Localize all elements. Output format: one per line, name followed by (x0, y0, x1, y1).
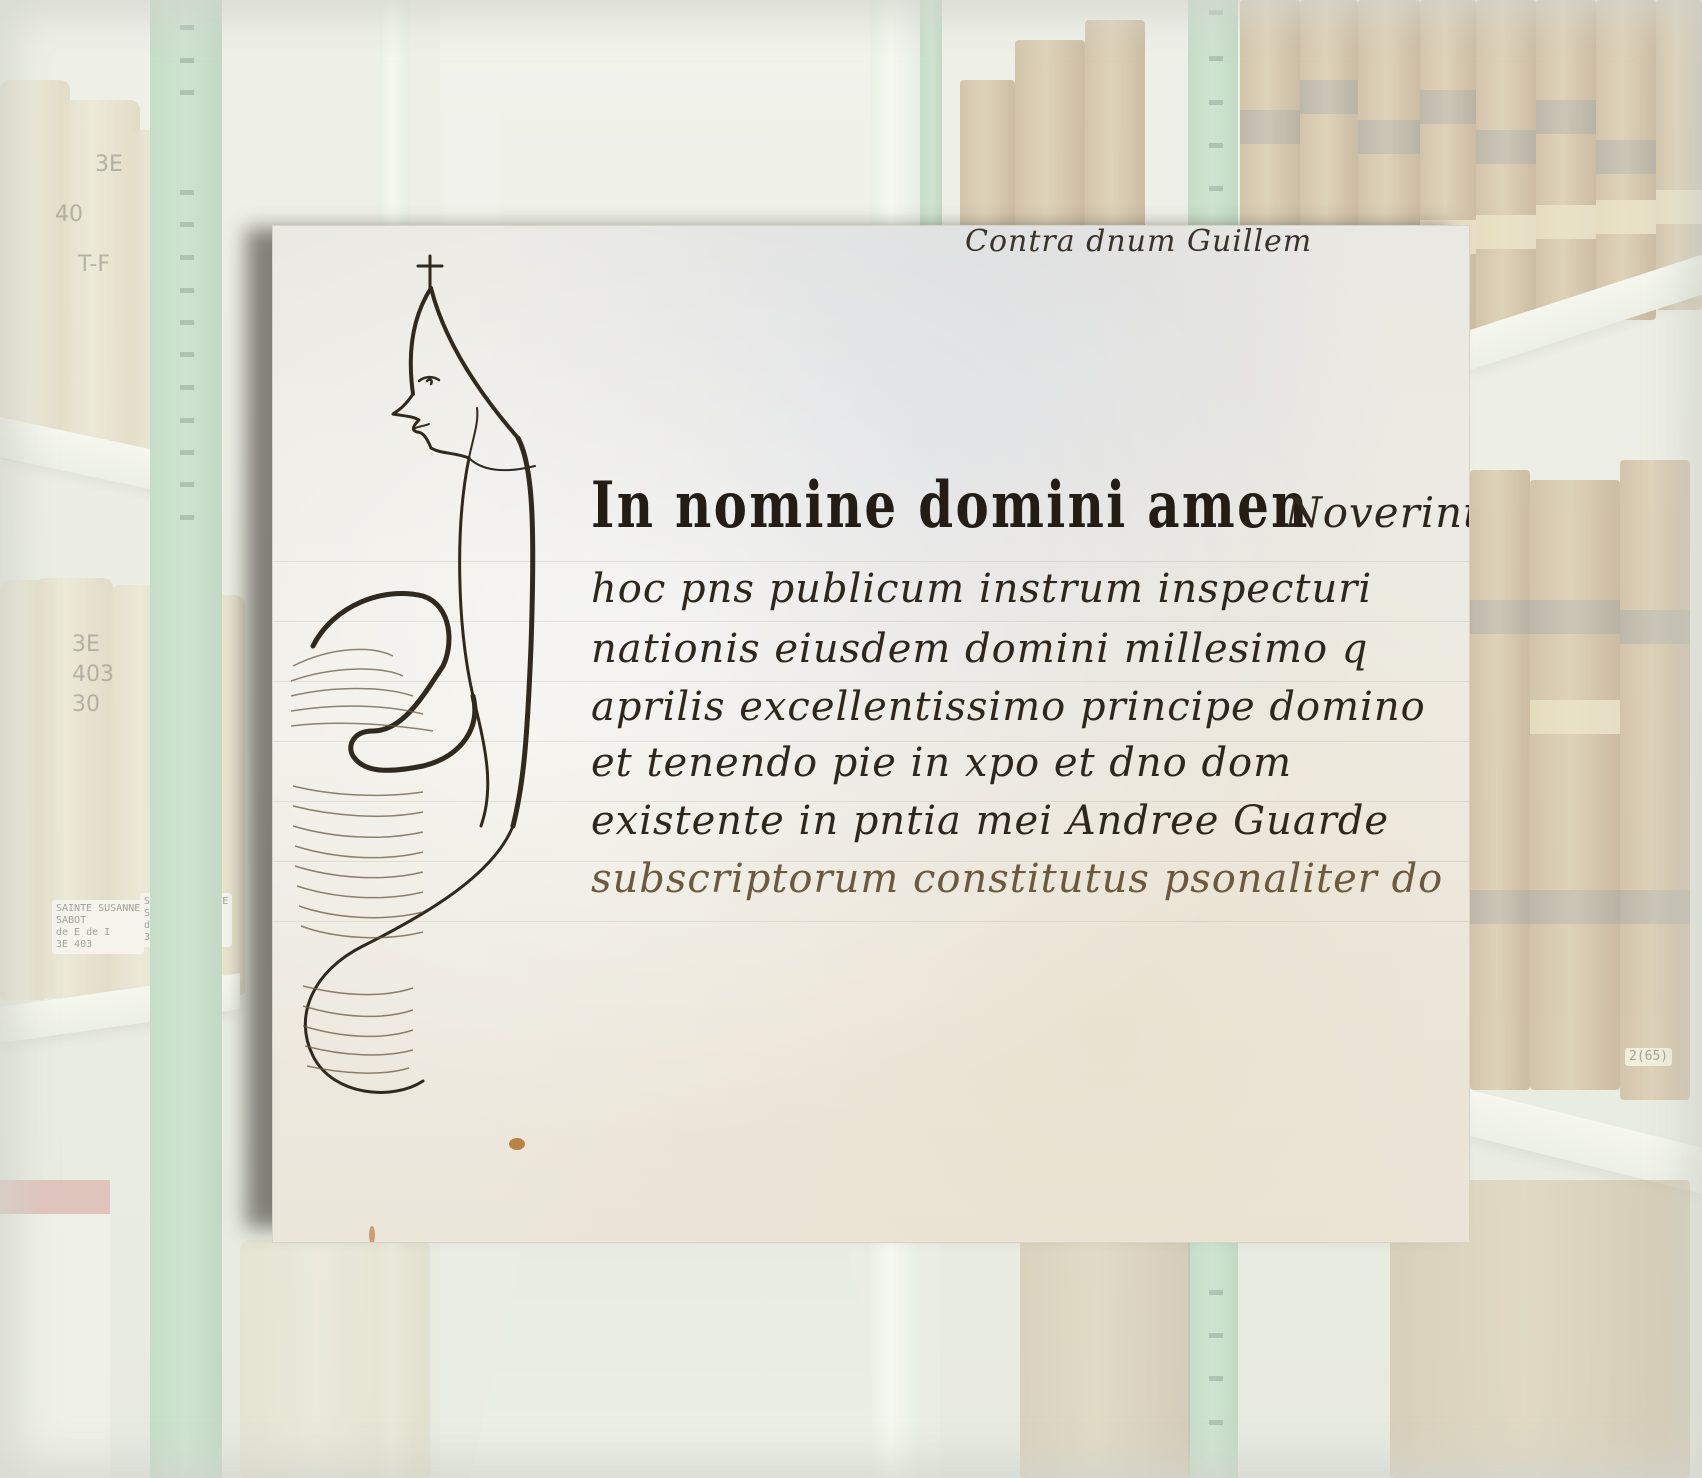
box-label-handwritten: 3E 403 30 (72, 630, 114, 720)
shelf-upright (920, 0, 942, 230)
ink-stain (509, 1138, 525, 1150)
text-line: existente in pntia mei Andree Guarde (591, 798, 1389, 844)
historiated-initial-icon (273, 226, 613, 1146)
box-mark: 3E (95, 150, 123, 180)
archive-bundle (1015, 40, 1085, 230)
text-line: et tenendo pie in xpo et dno dom (591, 740, 1292, 786)
red-archive-box (0, 1180, 110, 1478)
leather-book (1470, 470, 1530, 1090)
invocation-line: In nomine domini amen (591, 468, 1310, 543)
archive-bundle (1020, 1240, 1190, 1478)
leather-book (1536, 0, 1596, 330)
archive-bundle (1085, 20, 1145, 230)
invocation-continuation: Noverint (1285, 488, 1470, 537)
shelf-board (1470, 1090, 1702, 1194)
marginal-annotation: Contra dnum Guillem (965, 225, 1312, 259)
archive-bundle (960, 80, 1015, 230)
manuscript-page: Contra dnum Guillem In nomine domini ame… (272, 225, 1470, 1243)
aisle-floor (470, 1250, 900, 1478)
box-mark: 40 (55, 200, 83, 230)
text-line: subscriptorum constitutus psonaliter do (591, 856, 1443, 902)
leather-book (1530, 480, 1620, 1090)
text-line: nationis eiusdem domini millesimo q (591, 626, 1368, 672)
leather-book (1620, 460, 1690, 1100)
text-line: hoc pns publicum instrum inspecturi (591, 566, 1372, 612)
box-label: SAINTE SUSANNE SABOT de E de I 3E 403 (52, 900, 144, 954)
archive-box (240, 1240, 430, 1478)
shelf-upright (150, 0, 222, 1478)
book-shelfmark: 2(65) (1625, 1048, 1672, 1066)
text-line: aprilis excellentissimo principe domino (591, 684, 1426, 730)
leather-book (1476, 0, 1536, 340)
box-mark: T-F (78, 250, 110, 280)
ink-stain (369, 1226, 375, 1243)
